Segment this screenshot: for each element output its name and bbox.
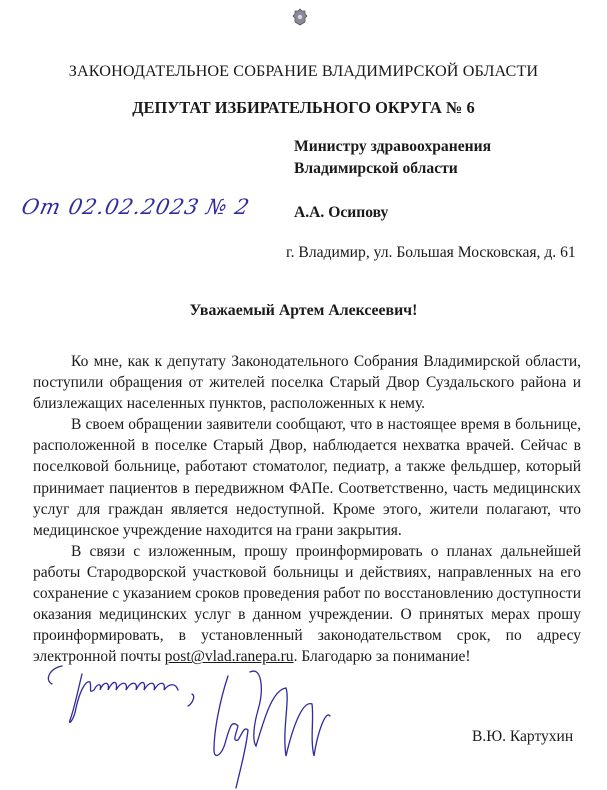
paragraph-3-text: В связи с изложенным, прошу проинформиро…	[33, 543, 581, 665]
coat-of-arms-icon	[292, 8, 308, 26]
letter-body: Ко мне, как к депутату Законодательного …	[33, 351, 581, 667]
addressee-name: А.А. Осипову	[294, 204, 388, 222]
handwritten-signature	[0, 660, 340, 790]
paragraph-1: Ко мне, как к депутату Законодательного …	[33, 351, 581, 414]
greeting: Уважаемый Артем Алексеевич!	[0, 302, 607, 320]
organization-title: ЗАКОНОДАТЕЛЬНОЕ СОБРАНИЕ ВЛАДИМИРСКОЙ ОБ…	[0, 62, 607, 81]
signer-name: В.Ю. Картухин	[472, 728, 573, 746]
paragraph-2: В своем обращении заявители сообщают, чт…	[33, 414, 581, 541]
addressee-line2: Владимирской области	[294, 160, 458, 178]
paragraph-3: В связи с изложенным, прошу проинформиро…	[33, 541, 581, 668]
addressee-address: г. Владимир, ул. Большая Московская, д. …	[286, 244, 576, 262]
deputy-title: ДЕПУТАТ ИЗБИРАТЕЛЬНОГО ОКРУГА № 6	[0, 98, 607, 118]
handwritten-registration-stamp: От 02.02.2023 № 2	[19, 195, 252, 219]
addressee-line1: Министру здравоохранения	[294, 138, 491, 156]
